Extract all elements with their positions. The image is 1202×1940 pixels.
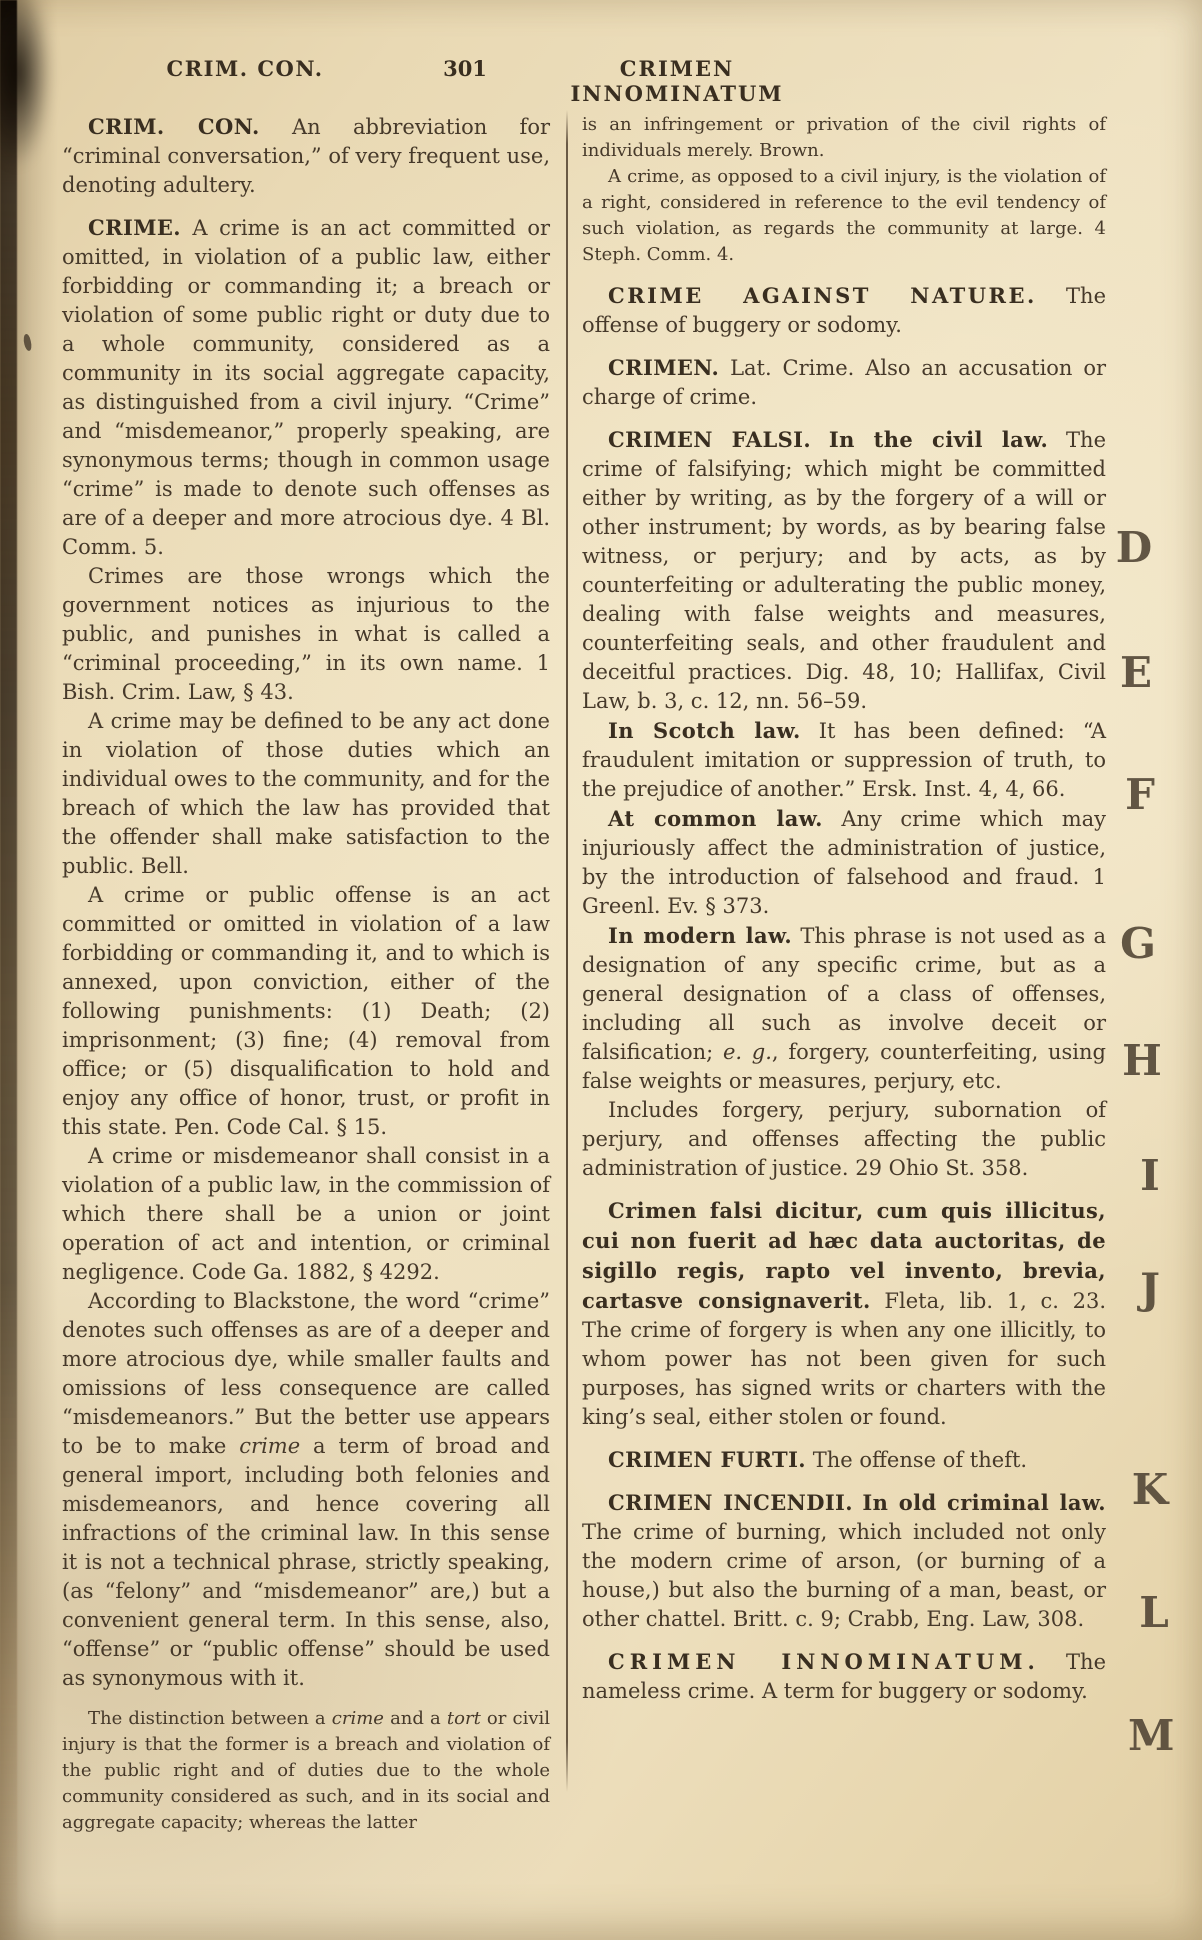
thumb-index-letter-f: F <box>1118 770 1162 819</box>
left-column: CRIM. CON. An abbreviation for “criminal… <box>62 112 550 1836</box>
dictionary-entry: CRIME AGAINST NATURE. The offense of bug… <box>582 281 1106 340</box>
thumb-index-letter-k: K <box>1128 1465 1172 1514</box>
italic-phrase: tort <box>447 1708 481 1729</box>
dictionary-entry: Crimen falsi dicitur, cum quis illicitus… <box>582 1196 1106 1432</box>
entry-headword: In Scotch law. <box>608 718 801 743</box>
thumb-index-letter-m: M <box>1128 1711 1172 1760</box>
thumb-index-letter-g: G <box>1116 919 1160 968</box>
right-column: is an infringement or privation of the c… <box>582 112 1106 1706</box>
paragraph: A crime or public offense is an act comm… <box>62 881 550 1142</box>
thumb-index-letter-l: L <box>1132 1588 1176 1637</box>
entry-headword: CRIMEN FURTI. <box>608 1447 806 1472</box>
text-run: The offense of theft. <box>806 1448 1027 1472</box>
thumb-index-letter-j: J <box>1128 1264 1172 1313</box>
paragraph: A crime may be defined to be any act don… <box>62 707 550 881</box>
dictionary-entry: CRIMEN INCENDII. In old criminal law. Th… <box>582 1488 1106 1634</box>
dictionary-entry: CRIM. CON. An abbreviation for “criminal… <box>62 112 550 200</box>
paragraph: A crime, as opposed to a civil injury, i… <box>582 164 1106 268</box>
italic-phrase: crime <box>332 1708 384 1729</box>
text-run: A crime or public offense is an act comm… <box>62 883 550 1139</box>
dictionary-entry: CRIMEN FURTI. The offense of theft. <box>582 1445 1106 1475</box>
text-run: The crime of burning, which included not… <box>582 1520 1106 1631</box>
entry-headword: At common law. <box>608 806 823 831</box>
thumb-index-letter-i: I <box>1128 1151 1172 1200</box>
paragraph: Crimes are those wrongs which the govern… <box>62 562 550 707</box>
text-run: A crime, as opposed to a civil injury, i… <box>582 166 1106 265</box>
thumb-index-letter-d: D <box>1112 523 1156 572</box>
text-run: is an infringement or privation of the c… <box>582 114 1106 161</box>
book-page: CRIM. CON. 301 CRIMEN INNOMINATUM CRIM. … <box>0 0 1202 1940</box>
running-head-right-title: CRIMEN INNOMINATUM <box>538 56 816 106</box>
text-run: A crime may be defined to be any act don… <box>62 709 550 878</box>
text-run: and a <box>384 1708 447 1729</box>
page-number: 301 <box>420 56 510 81</box>
thumb-index-letter-h: H <box>1120 1036 1164 1085</box>
paragraph: Includes forgery, perjury, subornation o… <box>582 1096 1106 1183</box>
paragraph: According to Blackstone, the word “crime… <box>62 1287 550 1693</box>
paragraph: The distinction between a crime and a to… <box>62 1706 550 1836</box>
dictionary-entry: At common law. Any crime which may injur… <box>582 804 1106 921</box>
thumb-index-letter-e: E <box>1114 648 1158 697</box>
text-run: A crime is an act committed or omitted, … <box>62 216 550 559</box>
dictionary-entry: CRIMEN. Lat. Crime. Also an accusation o… <box>582 353 1106 412</box>
entry-headword: In modern law. <box>608 923 792 948</box>
text-run: A crime or misdemeanor shall consist in … <box>62 1144 550 1284</box>
bold-phrase: In old criminal law. <box>862 1490 1106 1515</box>
paragraph: A crime or misdemeanor shall consist in … <box>62 1142 550 1287</box>
text-run: The distinction between a <box>88 1708 332 1729</box>
text-run <box>853 1491 862 1515</box>
scan-left-edge <box>0 0 17 1940</box>
text-run: Includes forgery, perjury, subornation o… <box>582 1098 1106 1180</box>
entry-headword: CRIMEN. <box>608 355 719 380</box>
entry-headword: CRIME. <box>88 215 181 240</box>
italic-phrase: e. g. <box>723 1040 772 1064</box>
text-run <box>811 428 829 452</box>
entry-headword: CRIMEN INCENDII. <box>608 1490 853 1515</box>
text-run: Crimes are those wrongs which the govern… <box>62 564 550 704</box>
text-run: The crime of falsifying; which might be … <box>582 428 1106 713</box>
entry-headword: CRIM. CON. <box>88 114 260 139</box>
entry-headword: CRIME AGAINST NATURE. <box>608 283 1037 308</box>
dictionary-entry: CRIME. A crime is an act committed or om… <box>62 213 550 562</box>
running-head-left-title: CRIM. CON. <box>150 56 340 81</box>
text-run: a term of broad and general import, incl… <box>62 1434 550 1690</box>
dictionary-entry: CRIMEN FALSI. In the civil law. The crim… <box>582 425 1106 716</box>
text-run: According to Blackstone, the word “crime… <box>62 1289 550 1458</box>
dictionary-entry: In modern law. This phrase is not used a… <box>582 921 1106 1096</box>
entry-headword: CRIMEN INNOMINATUM. <box>608 1649 1040 1674</box>
bold-phrase: In the civil law. <box>829 427 1048 452</box>
dictionary-entry: CRIMEN INNOMINATUM. The nameless crime. … <box>582 1647 1106 1706</box>
entry-headword: CRIMEN FALSI. <box>608 427 811 452</box>
paragraph: is an infringement or privation of the c… <box>582 112 1106 164</box>
dictionary-entry: In Scotch law. It has been defined: “A f… <box>582 716 1106 804</box>
italic-phrase: crime <box>239 1434 300 1458</box>
column-divider-rule <box>566 110 568 1792</box>
